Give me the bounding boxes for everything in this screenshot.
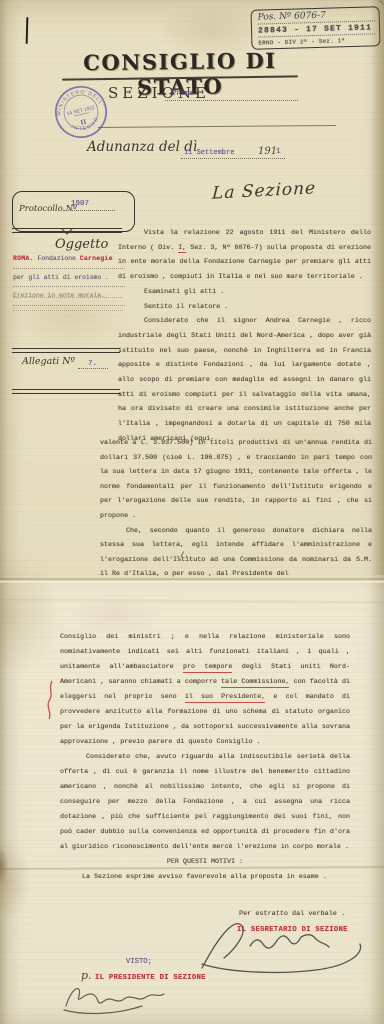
stamp-numeral: II [80,119,87,127]
red-margin-svg [46,680,56,720]
attachments-dotted-line [78,368,108,369]
cm-pro-tempore: pro tempore [183,663,232,673]
registry-stamp-box: Pos. Nº 6076-7 28843 - 17 SET 1911 ERNO … [250,6,380,50]
paragraph-vista: Vista la relazione 22 agosto 1911 del Mi… [118,226,371,285]
attachments-label: Allegati Nº [22,356,75,367]
continuation-mark: ./. [176,552,189,560]
meeting-label: Adunanza del dì [87,139,197,155]
body-text-block-1: Vista la relazione 22 agosto 1911 del Mi… [118,226,371,447]
conclusion-line: La Sezione esprime avviso favorevole all… [60,870,350,885]
secretary-signature-svg [192,916,368,980]
section-value: Prima [172,90,193,98]
round-stamp-svg: MINISTERO DELL' INTERNO 14 SET 1911 II [46,77,116,147]
cm-suo-presidente: il suo Presidente, [185,693,265,703]
paragraph-consiglio-ministri: Consiglio dei ministri ; e nella relazio… [60,630,350,750]
allegati-top-rule [12,348,120,353]
stamp-date: 14 SET 1911 [66,105,96,117]
meeting-year-printed: 191 [258,146,277,157]
red-margin-mark [46,680,56,720]
subject-foundation-word: Fondazione [34,255,80,262]
visto-label: VISTO; [126,958,152,966]
ministry-round-stamp: MINISTERO DELL' INTERNO 14 SET 1911 II [46,77,116,147]
margin-ruled-line-1 [13,297,123,298]
paragraph-sentito: Sentito il relatore . [118,300,371,315]
meeting-year-digit: 1 [276,148,281,156]
subject-line-1: ROMA. Fondazione Carnegie [13,252,125,269]
cm-tale-commissione: tale Commissione, [221,678,289,688]
registry-division-stamp: ERNO - DIV 2ª - Sez. 1ª [258,34,375,46]
attachments-count: 7. [88,360,97,368]
secretary-signature [192,916,368,980]
paragraph-esaminati: Esaminati gli atti . [118,285,371,300]
right-edge-fold [371,0,384,575]
body-text-block-3: Consiglio dei ministri ; e nella relazio… [60,630,350,885]
protocol-number: 1907 [71,200,89,208]
protocol-label: Protocollo Nº [19,204,77,214]
body-heading: La Sezione [212,178,317,204]
motto-line: PER QUESTI MOTIVI : [60,855,350,870]
president-signature-svg [58,976,184,1018]
page2-wrinkle [0,599,384,605]
section-dotted-line [165,100,298,101]
meeting-dotted-line [181,158,285,159]
subject-label: Oggetto [55,237,108,252]
header-rule [98,125,336,128]
protocol-dotted-line [63,210,115,211]
pen-scratch-mark [26,17,29,44]
subject-carnegie: Carnegie [80,255,113,262]
protocol-box: Protocollo Nº 1907 [12,191,135,232]
allegati-bottom-rule [12,389,120,394]
paragraph-considerato-1b: valente a L. 3.937.500) in titoli produt… [100,436,372,524]
paragraph-considerato-1a: Considerato che il signor Andrea Carnegi… [118,314,371,446]
subject-text: ROMA. Fondazione Carnegie per gli atti d… [13,252,125,308]
president-signature [58,976,184,1018]
subject-line-2: per gli atti di eroismo . [13,271,125,288]
margin-ruled-line-2 [13,310,123,311]
meeting-date: 11 Settembre [184,149,234,157]
subject-city: ROMA. [13,255,34,262]
left-edge-tear [0,842,14,902]
page-edge-crease [0,578,384,586]
body-text-block-2: valente a L. 3.937.500) in titoli produt… [100,436,372,582]
paragraph-considerato-2: Considerato che, avuto riguardo alla ind… [60,750,350,855]
paragraph-che-secondo: Che, secondo quanto il generoso donatore… [100,524,372,582]
scanned-document: Pos. Nº 6076-7 28843 - 17 SET 1911 ERNO … [0,0,384,1024]
